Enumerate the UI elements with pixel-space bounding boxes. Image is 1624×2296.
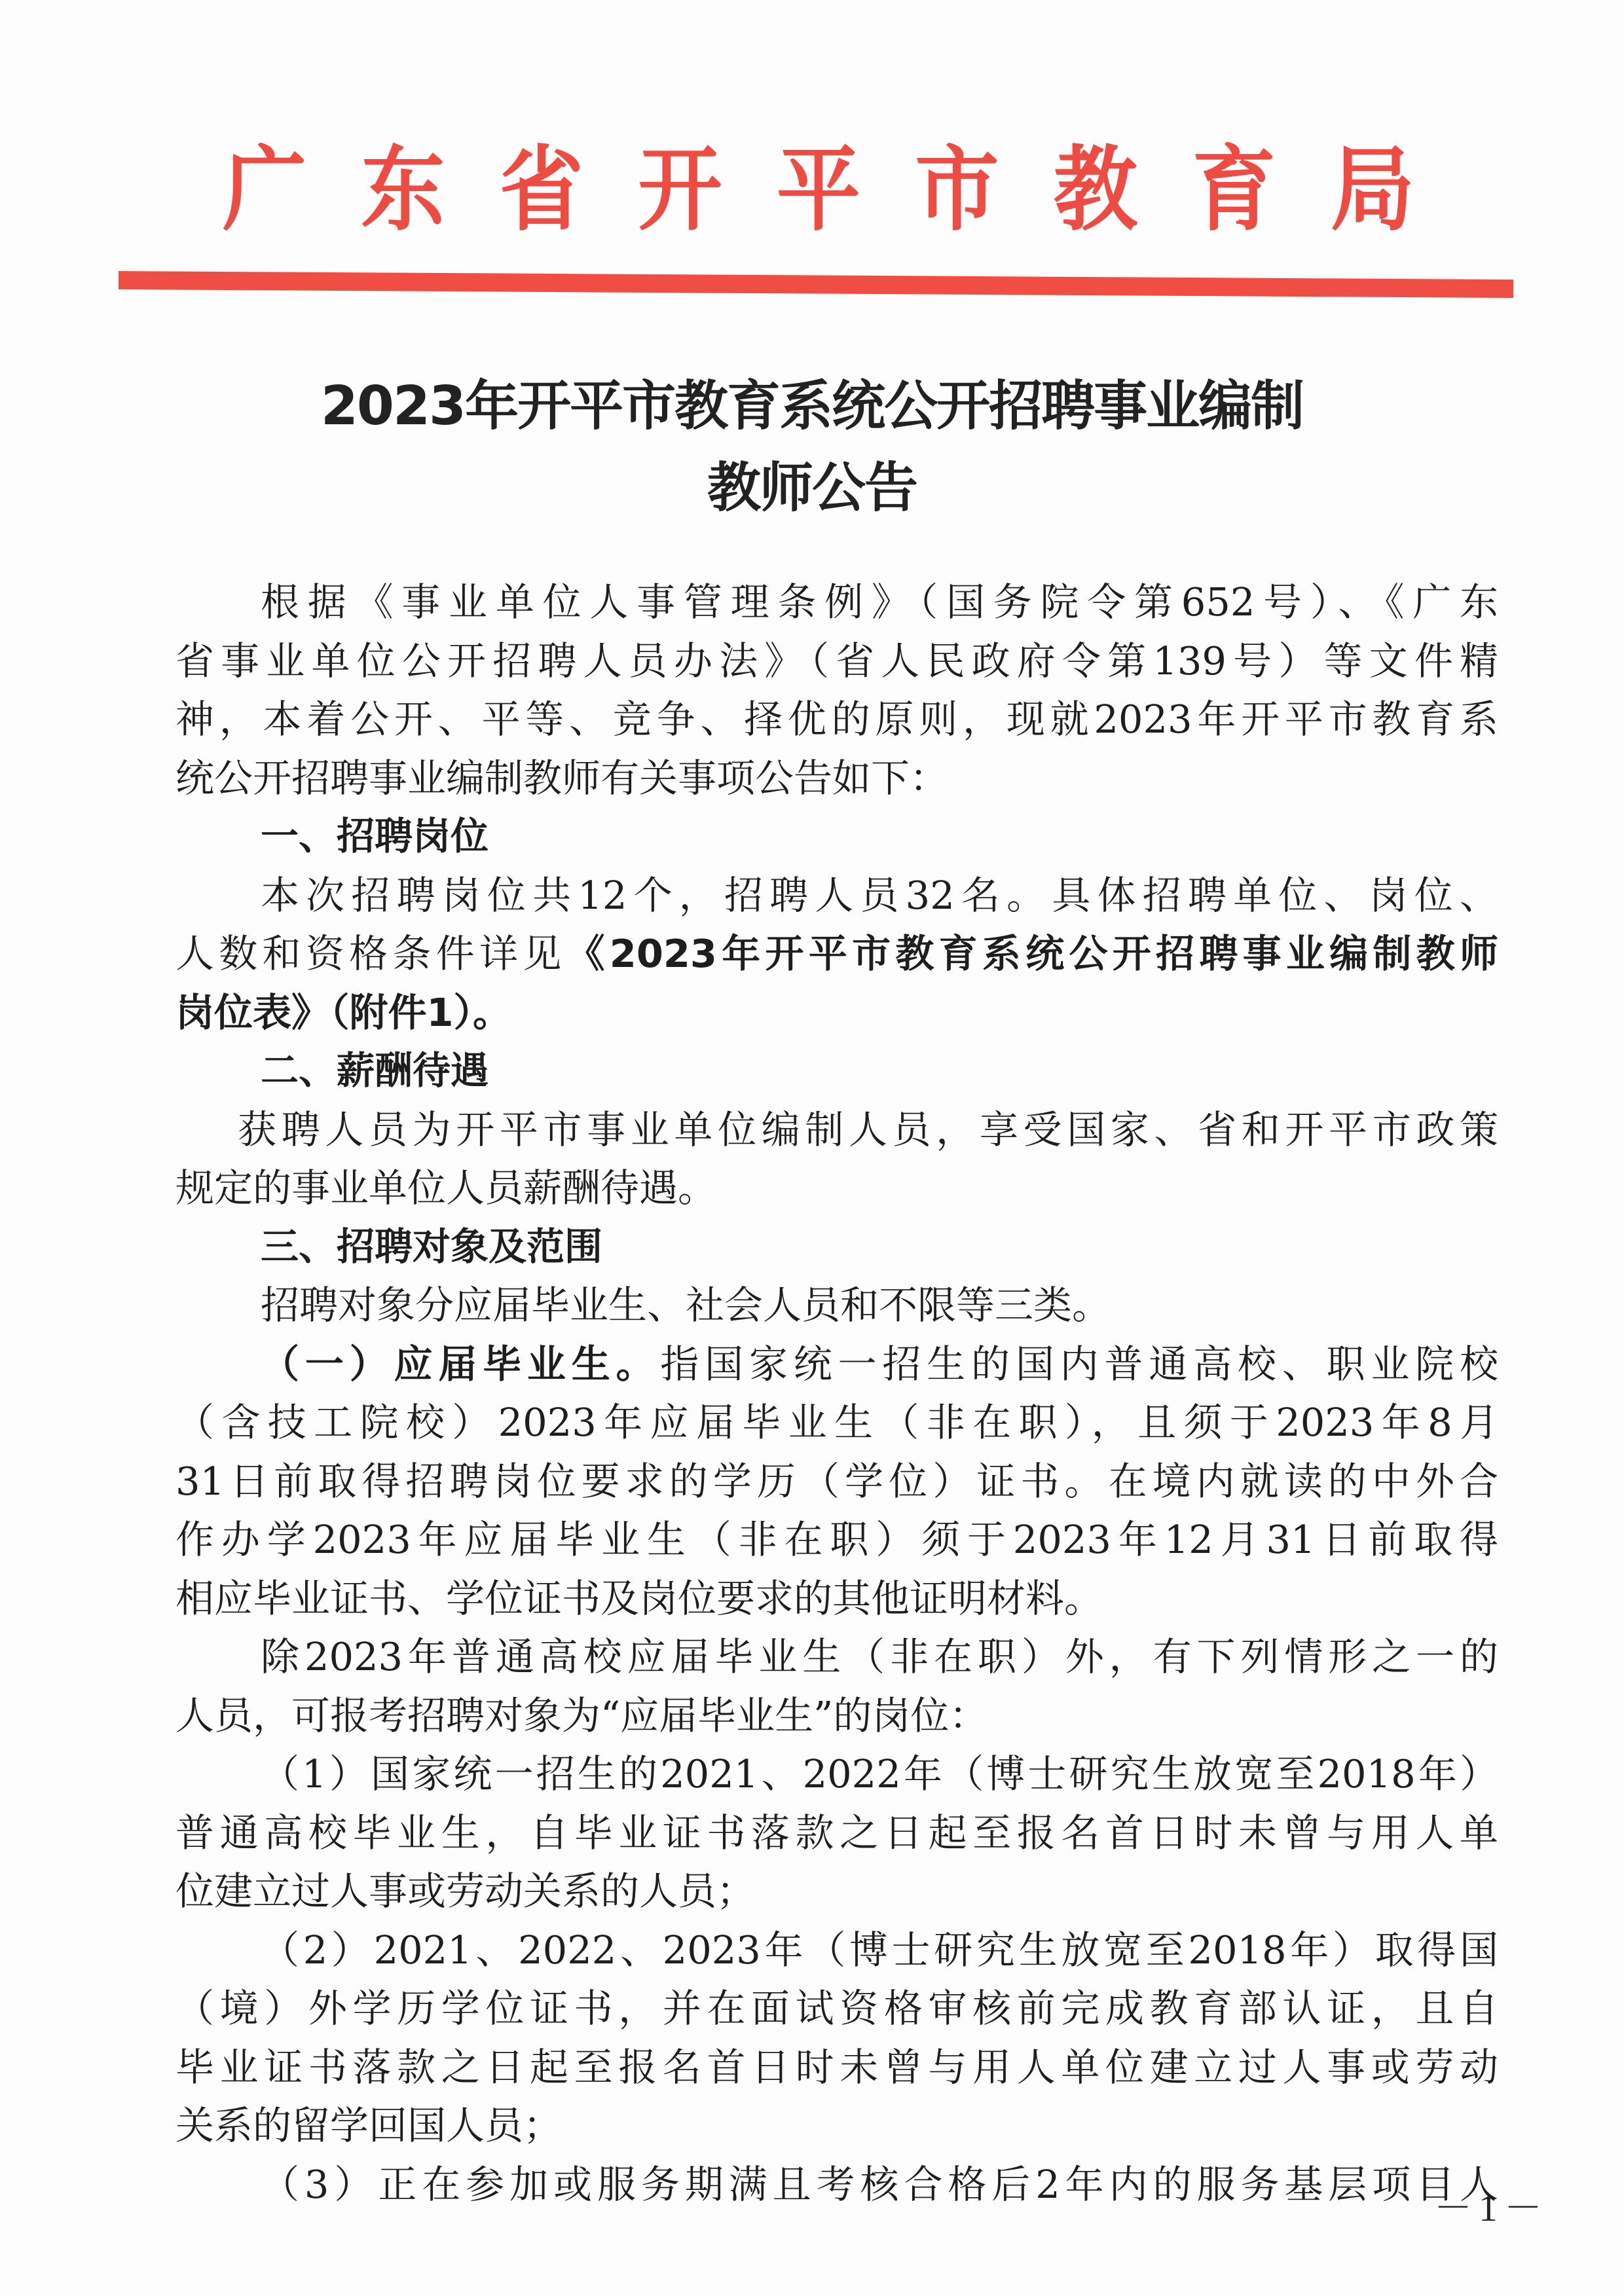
paragraph-line: 除2023年普通高校应届毕业生（非在职）外，有下列情形之一的	[175, 1628, 1498, 1686]
section-heading: 二、薪酬待遇	[175, 1042, 1498, 1101]
header-char: 教	[1054, 136, 1137, 244]
header-char: 局	[1331, 136, 1414, 244]
paragraph-line: 31日前取得招聘岗位要求的学历（学位）证书。在境内就读的中外合	[175, 1452, 1498, 1511]
list-item-line: （境）外学历学位证书，并在面试资格审核前完成教育部认证，且自	[175, 1979, 1498, 2038]
document-title-line1: 2023年开平市教育系统公开招聘事业编制	[0, 363, 1624, 440]
paragraph-line: （一）应届毕业生。指国家统一招生的国内普通高校、职业院校	[175, 1335, 1498, 1394]
paragraph-line: 神，本着公开、平等、竞争、择优的原则，现就2023年开平市教育系	[175, 690, 1498, 749]
paragraph-line: 本次招聘岗位共12个，招聘人员32名。具体招聘单位、岗位、	[175, 866, 1498, 925]
paragraph-line: （含技工院校）2023年应届毕业生（非在职），且须于2023年8月	[175, 1393, 1498, 1452]
attachment-reference: 岗位表》（附件1）。	[175, 983, 1498, 1042]
paragraph-line: 相应毕业证书、学位证书及岗位要求的其他证明材料。	[175, 1569, 1498, 1628]
paragraph-line: 作办学2023年应届毕业生（非在职）须于2023年12月31日前取得	[175, 1510, 1498, 1569]
document-title-line2: 教师公告	[0, 445, 1624, 522]
paragraph-line: 获聘人员为开平市事业单位编制人员，享受国家、省和开平市政策	[175, 1101, 1498, 1159]
red-header-rule	[119, 271, 1513, 298]
header-char: 育	[1192, 136, 1276, 244]
header-char: 广	[223, 136, 306, 244]
paragraph-line: 根据《事业单位人事管理条例》（国务院令第652号）、《广东	[175, 573, 1498, 632]
header-char: 市	[915, 136, 999, 244]
paragraph-line: 人员，可报考招聘对象为“应届毕业生”的岗位：	[175, 1686, 1498, 1745]
document-page: 广 东 省 开 平 市 教 育 局 2023年开平市教育系统公开招聘事业编制 教…	[0, 0, 1624, 2296]
page-number: －1－	[1434, 2177, 1549, 2232]
list-item-line: （3）正在参加或服务期满且考核合格后2年内的服务基层项目人	[175, 2155, 1498, 2214]
list-item-line: 位建立过人事或劳动关系的人员；	[175, 1862, 1498, 1921]
list-item-line: （1）国家统一招生的2021、2022年（博士研究生放宽至2018年）	[175, 1745, 1498, 1804]
section-heading: 三、招聘对象及范围	[175, 1218, 1498, 1277]
list-item-line: 毕业证书落款之日起至报名首日时未曾与用人单位建立过人事或劳动	[175, 2038, 1498, 2097]
paragraph-text: 指国家统一招生的国内普通高校、职业院校	[660, 1341, 1498, 1387]
paragraph-text: 人数和资格条件详见	[175, 931, 566, 976]
paragraph-line: 省事业单位公开招聘人员办法》（省人民政府令第139号）等文件精	[175, 632, 1498, 691]
issuing-authority-header: 广 东 省 开 平 市 教 育 局	[223, 141, 1414, 239]
document-body: 根据《事业单位人事管理条例》（国务院令第652号）、《广东 省事业单位公开招聘人…	[175, 573, 1498, 2214]
section-heading: 一、招聘岗位	[175, 807, 1498, 866]
header-char: 省	[500, 136, 583, 244]
header-char: 平	[777, 136, 860, 244]
header-char: 东	[361, 136, 445, 244]
list-item-line: 普通高校毕业生，自毕业证书落款之日起至报名首日时未曾与用人单	[175, 1804, 1498, 1863]
attachment-reference: 《2023年开平市教育系统公开招聘事业编制教师	[566, 931, 1498, 976]
paragraph-line: 统公开招聘事业编制教师有关事项公告如下：	[175, 749, 1498, 808]
list-item-line: （2）2021、2022、2023年（博士研究生放宽至2018年）取得国	[175, 1921, 1498, 1980]
paragraph-line: 招聘对象分应届毕业生、社会人员和不限等三类。	[175, 1276, 1498, 1335]
subsection-label: （一）应届毕业生。	[261, 1341, 660, 1387]
paragraph-line: 规定的事业单位人员薪酬待遇。	[175, 1159, 1498, 1218]
header-char: 开	[638, 136, 722, 244]
list-item-line: 关系的留学回国人员；	[175, 2096, 1498, 2155]
paragraph-line: 人数和资格条件详见《2023年开平市教育系统公开招聘事业编制教师	[175, 924, 1498, 983]
